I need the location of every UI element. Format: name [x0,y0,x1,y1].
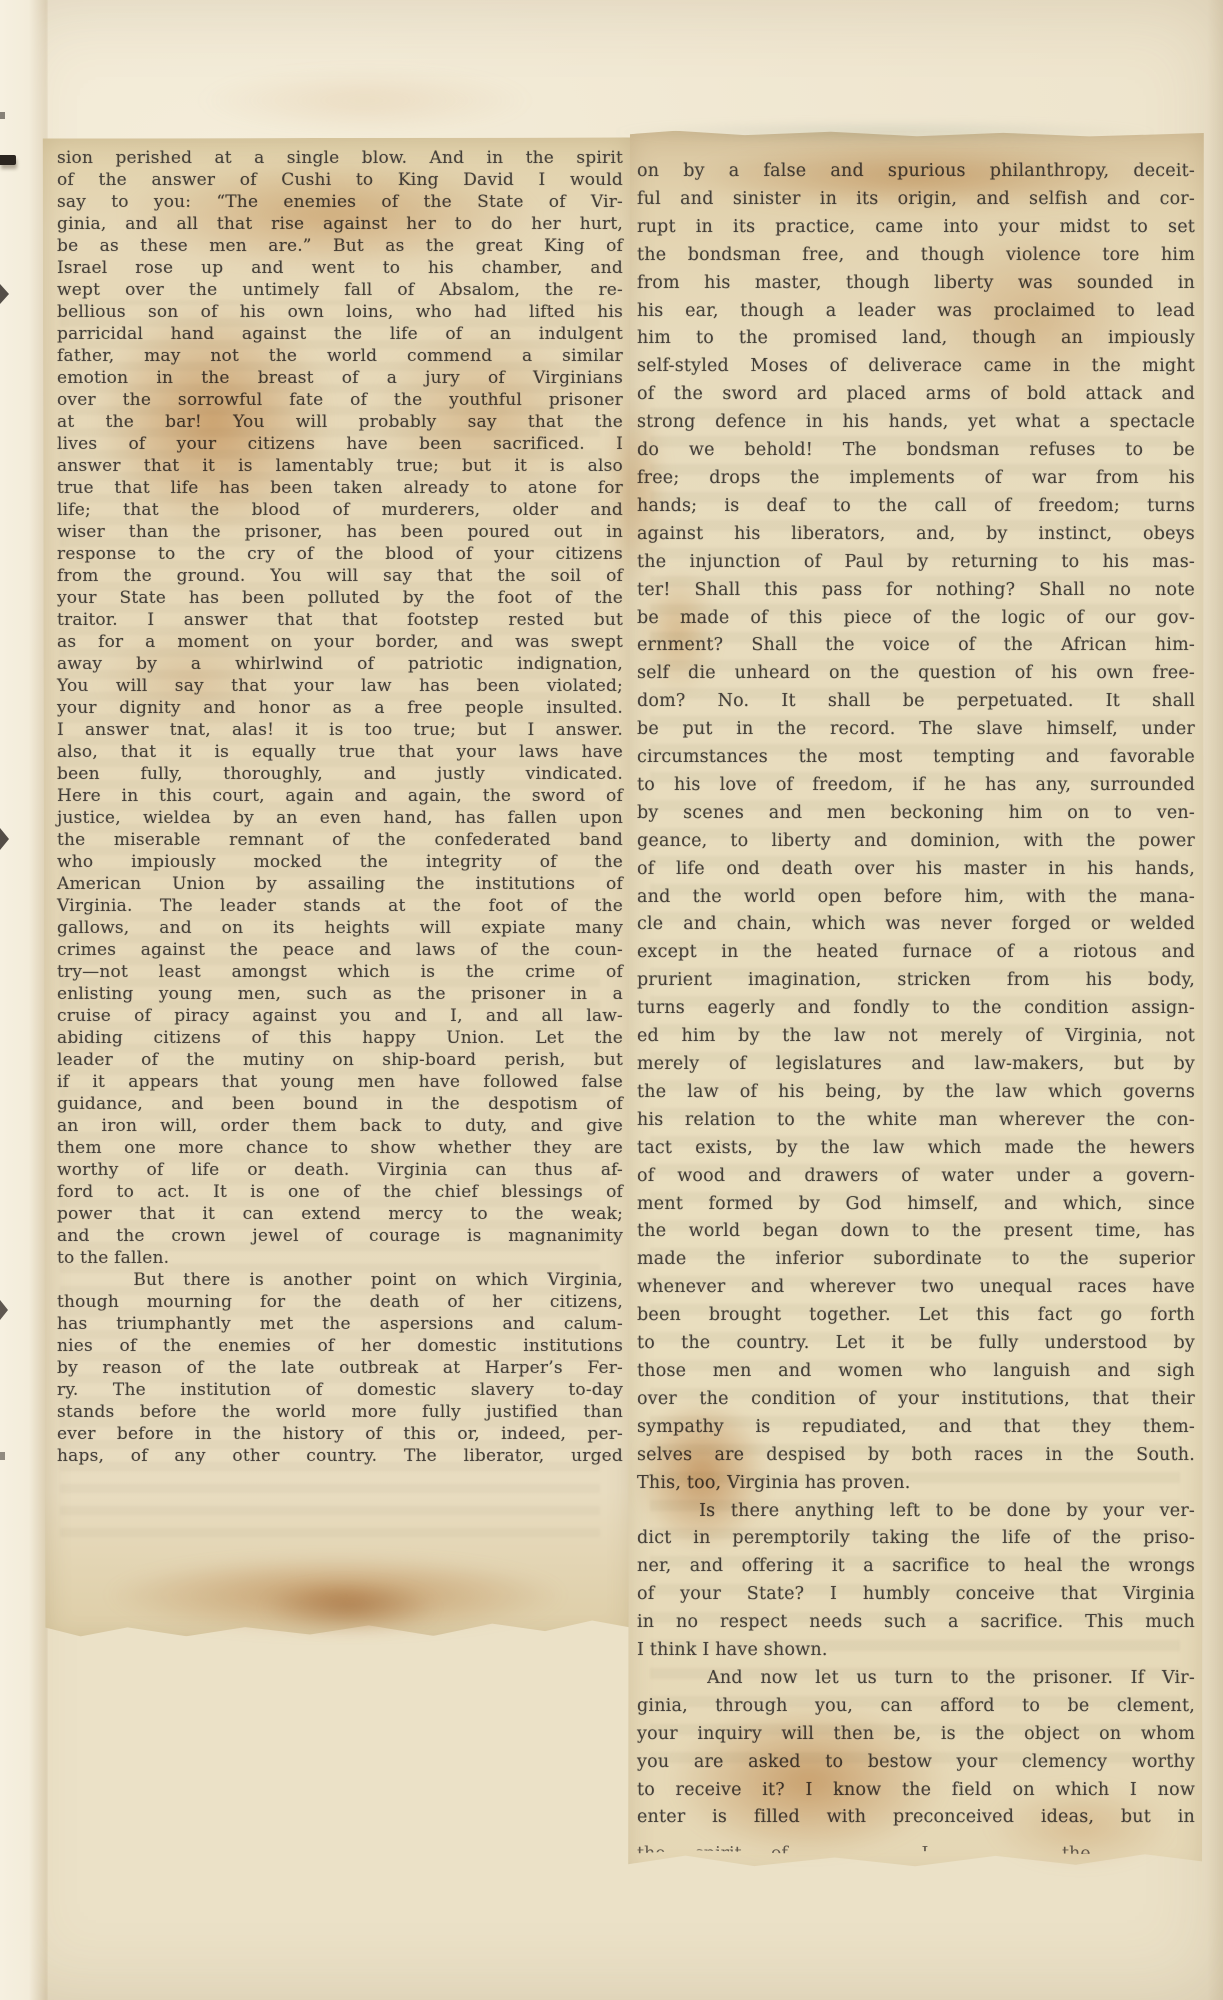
text-line: emotion in the breast of a jury of Virgi… [57,367,623,389]
text-line: sion perished at a single blow. And in t… [57,147,623,169]
text-line: rupt in its practice, came into your mid… [637,214,1195,242]
text-line: and the world open before him, with the … [637,884,1195,912]
text-line: merely of legislatures and law-makers, b… [637,1051,1195,1079]
text-line: power that it can extend mercy to the we… [57,1203,623,1225]
text-line: over the sorrowful fate of the youthful … [57,389,623,411]
text-line: on by a false and spurious philanthropy,… [637,158,1195,186]
text-line: ed him by the law not merely of Virginia… [637,1023,1195,1051]
text-line: also, that it is equally true that your … [57,741,623,763]
text-line: I think I have shown. [637,1637,1195,1665]
text-line: Israel rose up and went to his chamber, … [57,257,623,279]
text-line: geance, to liberty and dominion, with th… [637,828,1195,856]
text-line: Here in this court, again and again, the… [57,785,623,807]
binding-mark [0,1452,5,1460]
text-line: except in the heated furnace of a riotou… [637,939,1195,967]
text-line: cle and chain, which was never forged or… [637,911,1195,939]
text-line: made the inferior subordinate to the sup… [637,1246,1195,1274]
text-line: leader of the mutiny on ship-board peris… [57,1049,623,1071]
text-line: who impiously mocked the integrity of th… [57,851,623,873]
text-line: wept over the untimely fall of Absalom, … [57,279,623,301]
text-line: tact exists, by the law which made the h… [637,1135,1195,1163]
text-line: to receive it? I know the field on which… [637,1777,1195,1805]
right-column-text: on by a false and spurious philanthropy,… [637,158,1195,1832]
text-line: ry. The institution of domestic slavery … [57,1379,623,1401]
text-line: him to the promised land, though an impi… [637,325,1195,353]
text-line: selves are despised by both races in the… [637,1442,1195,1470]
text-line: in no respect needs such a sacrifice. Th… [637,1609,1195,1637]
text-line: to the fallen. [57,1247,623,1269]
text-line: ginia, through you, can afford to be cle… [637,1693,1195,1721]
text-line: by scenes and men beckoning him on to ve… [637,800,1195,828]
text-line: you are asked to bestow your clemency wo… [637,1749,1195,1777]
text-line: haps, of any other country. The liberato… [57,1445,623,1467]
text-line: circumstances the most tempting and favo… [637,744,1195,772]
text-line: answer that it is lamentably true; but i… [57,455,623,477]
text-line: life; that the blood of murderers, older… [57,499,623,521]
text-line: lives of your citizens have been sacrifi… [57,433,623,455]
text-line: You will say that your law has been viol… [57,675,623,697]
text-line: be put in the record. The slave himself,… [637,716,1195,744]
text-line: hands; is deaf to the call of freedom; t… [637,493,1195,521]
text-line: ment formed by God himself, and which, s… [637,1191,1195,1219]
text-line: response to the cry of the blood of your… [57,543,623,565]
scrapbook-page: sion perished at a single blow. And in t… [0,0,1223,2000]
text-line: been brought together. Let this fact go … [637,1302,1195,1330]
text-line: self-styled Moses of deliverace came in … [637,353,1195,381]
text-line: the world began down to the present time… [637,1218,1195,1246]
text-line: wiser than the prisoner, has been poured… [57,521,623,543]
text-line: ever before in the history of this or, i… [57,1423,623,1445]
text-line: Is there anything left to be done by you… [637,1498,1195,1526]
text-line: of the sword ard placed arms of bold att… [637,381,1195,409]
text-line: prurient imagination, stricken from his … [637,967,1195,995]
text-line: crimes against the peace and laws of the… [57,939,623,961]
paper-stain [150,58,580,143]
text-line: American Union by assailing the institut… [57,873,623,895]
text-line: of the answer of Cushi to King David I w… [57,169,623,191]
text-line: enter is filled with preconceived ideas,… [637,1804,1195,1832]
text-line: sympathy is repudiated, and that they th… [637,1414,1195,1442]
text-line: to his love of freedom, if he has any, s… [637,772,1195,800]
text-line: if it appears that young men have follow… [57,1071,623,1093]
text-line: ginia, and all that rise against her to … [57,213,623,235]
text-line: the bondsman free, and though violence t… [637,242,1195,270]
text-line: But there is another point on which Virg… [57,1269,623,1291]
text-line: be made of this piece of the logic of ou… [637,605,1195,633]
text-line: nies of the enemies of her domestic inst… [57,1335,623,1357]
text-line: ernment? Shall the voice of the African … [637,632,1195,660]
text-line: away by a whirlwind of patriotic indigna… [57,653,623,675]
text-line: dict in peremptorily taking the life of … [637,1525,1195,1553]
text-line: of your State? I humbly conceive that Vi… [637,1581,1195,1609]
text-line: self die unheard on the question of his … [637,660,1195,688]
text-line: to the country. Let it be fully understo… [637,1330,1195,1358]
text-line: And now let us turn to the prisoner. If … [637,1665,1195,1693]
text-line: by reason of the late outbreak at Harper… [57,1357,623,1379]
text-line: his relation to the white man wherever t… [637,1107,1195,1135]
text-line: stands before the world more fully justi… [57,1401,623,1423]
text-line: ford to act. It is one of the chief bles… [57,1181,623,1203]
text-line: turns eagerly and fondly to the conditio… [637,995,1195,1023]
text-line: dom? No. It shall be perpetuated. It sha… [637,688,1195,716]
text-line: I answer tnat, alas! it is too true; but… [57,719,623,741]
text-line: do we behold! The bondsman refuses to be [637,437,1195,465]
text-line: ner, and offering it a sacrifice to heal… [637,1553,1195,1581]
text-line: free; drops the implements of war from h… [637,465,1195,493]
text-line: cruise of piracy against you and I, and … [57,1005,623,1027]
text-line: them one more chance to show whether the… [57,1137,623,1159]
text-line: and the crown jewel of courage is magnan… [57,1225,623,1247]
binding-mark [0,112,5,119]
text-line: father, may not the world commend a simi… [57,345,623,367]
page-gutter-shade [0,0,48,2000]
text-line: traitor. I answer that that footstep res… [57,609,623,631]
text-line: your dignity and honor as a free people … [57,697,623,719]
text-line: worthy of life or death. Virginia can th… [57,1159,623,1181]
text-line: ter! Shall this pass for nothing? Shall … [637,577,1195,605]
text-line: whenever and wherever two unequal races … [637,1274,1195,1302]
text-line: gallows, and on its heights will expiate… [57,917,623,939]
text-line: the miserable remnant of the confederate… [57,829,623,851]
page-right-edge-shade [1207,0,1223,2000]
text-line: strong defence in his hands, yet what a … [637,409,1195,437]
text-line: his ear, though a leader was proclaimed … [637,298,1195,326]
text-line: enlisting young men, such as the prisone… [57,983,623,1005]
text-line: been fully, thoroughly, and justly vindi… [57,763,623,785]
text-line: as for a moment on your border, and was … [57,631,623,653]
text-line: your inquiry will then be, is the object… [637,1721,1195,1749]
text-line: at the bar! You will probably say that t… [57,411,623,433]
text-line: against his liberators, and, by instinct… [637,521,1195,549]
text-line: your State has been polluted by the foot… [57,587,623,609]
text-line: from his master, though liberty was soun… [637,270,1195,298]
text-line: guidance, and been bound in the despotis… [57,1093,623,1115]
text-line: justice, wieldea by an even hand, has fa… [57,807,623,829]
text-line: the law of his being, by the law which g… [637,1079,1195,1107]
text-line: try—not least amongst which is the crime… [57,961,623,983]
text-line: those men and women who languish and sig… [637,1358,1195,1386]
text-line: bellious son of his own loins, who had l… [57,301,623,323]
text-line: of wood and drawers of water under a gov… [637,1163,1195,1191]
text-line: abiding citizens of this happy Union. Le… [57,1027,623,1049]
text-line: the injunction of Paul by returning to h… [637,549,1195,577]
text-line: of life ond death over his master in his… [637,856,1195,884]
text-line: be as these men are.” But as the great K… [57,235,623,257]
text-line: though mourning for the death of her cit… [57,1291,623,1313]
text-line: This, too, Virginia has proven. [637,1470,1195,1498]
text-line: say to you: “The enemies of the State of… [57,191,623,213]
left-column-text: sion perished at a single blow. And in t… [57,147,623,1467]
text-line: true that life has been taken already to… [57,477,623,499]
text-line: from the ground. You will say that the s… [57,565,623,587]
text-line: over the condition of your institutions,… [637,1386,1195,1414]
binding-mark [0,155,16,165]
text-line: has triumphantly met the aspersions and … [57,1313,623,1335]
text-line: ful and sinister in its origin, and self… [637,186,1195,214]
text-line: an iron will, order them back to duty, a… [57,1115,623,1137]
text-line: parricidal hand against the life of an i… [57,323,623,345]
text-line: Virginia. The leader stands at the foot … [57,895,623,917]
